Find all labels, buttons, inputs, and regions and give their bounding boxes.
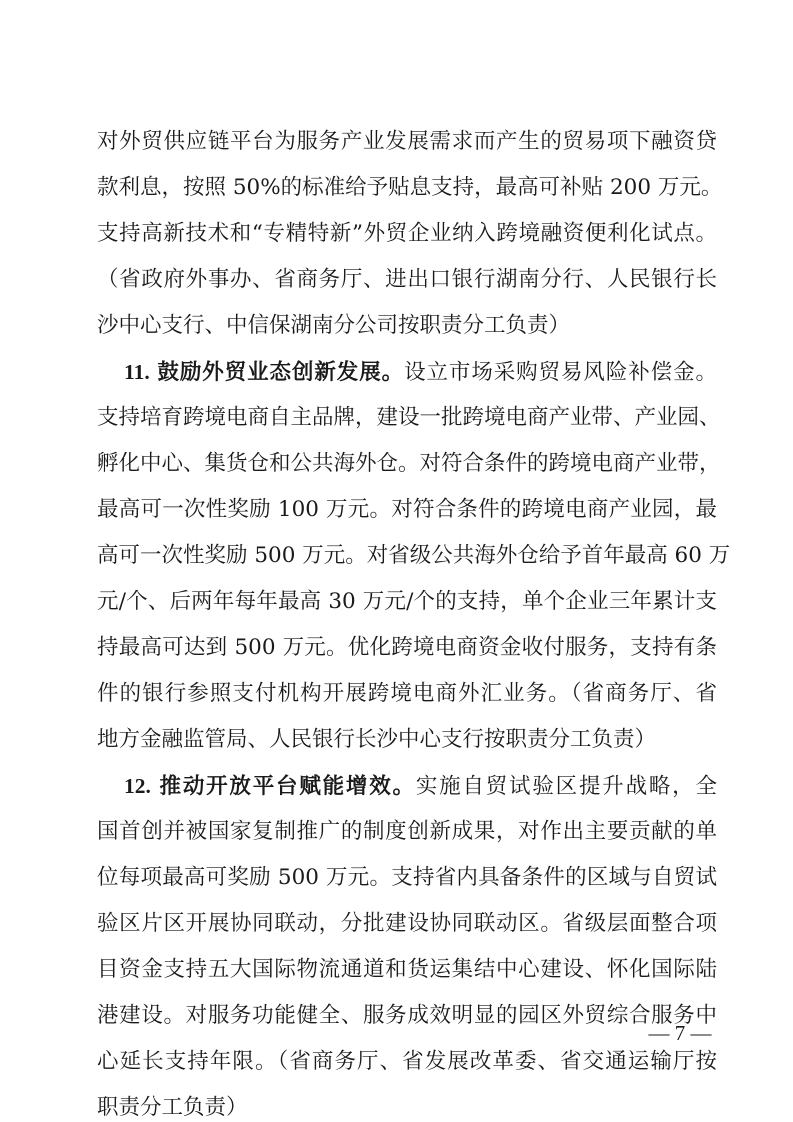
paragraph-line: 款利息，按照 50%的标准给予贴息支持，最高可补贴 200 万元。 <box>97 173 717 203</box>
paragraph-line: 对外贸供应链平台为服务产业发展需求而产生的贸易项下融资贷 <box>97 127 717 157</box>
section-number: 12. <box>124 774 151 798</box>
paragraph-line: 最高可一次性奖励 100 万元。对符合条件的跨境电商产业园，最 <box>97 495 717 525</box>
paragraph-line: （省政府外事办、省商务厅、进出口银行湖南分行、人民银行长 <box>97 265 717 295</box>
section-heading: 鼓励外贸业态创新发展。 <box>157 360 404 385</box>
paragraph-line: 位每项最高可奖励 500 万元。支持省内具备条件的区域与自贸试 <box>97 863 717 893</box>
section-11-first-line: 11. 鼓励外贸业态创新发展。设立市场采购贸易风险补偿金。 <box>124 357 717 387</box>
paragraph-line: 目资金支持五大国际物流通道和货运集结中心建设、怀化国际陆 <box>97 955 717 985</box>
paragraph-line: 国首创并被国家复制推广的制度创新成果，对作出主要贡献的单 <box>97 817 717 847</box>
section-12-first-line: 12. 推动开放平台赋能增效。实施自贸试验区提升战略，全 <box>124 771 717 801</box>
paragraph-line: 支持培育跨境电商自主品牌，建设一批跨境电商产业带、产业园、 <box>97 403 717 433</box>
paragraph-line: 元/个、后两年每年最高 30 万元/个的支持，单个企业三年累计支 <box>97 587 717 617</box>
paragraph-line: 孵化中心、集货仓和公共海外仓。对符合条件的跨境电商产业带， <box>97 449 717 479</box>
paragraph-line: 职责分工负责） <box>97 1093 717 1122</box>
section-number: 11. <box>124 360 150 384</box>
section-body-text: 实施自贸试验区提升战略，全 <box>416 774 717 799</box>
section-body-text: 设立市场采购贸易风险补偿金。 <box>404 360 717 385</box>
section-heading: 推动开放平台赋能增效。 <box>160 774 416 799</box>
paragraph-line: 心延长支持年限。（省商务厅、省发展改革委、省交通运输厅按 <box>97 1047 717 1077</box>
paragraph-line: 验区片区开展协同联动，分批建设协同联动区。省级层面整合项 <box>97 909 717 939</box>
paragraph-line: 地方金融监管局、人民银行长沙中心支行按职责分工负责） <box>97 725 717 755</box>
paragraph-line: 件的银行参照支付机构开展跨境电商外汇业务。（省商务厅、省 <box>97 679 717 709</box>
document-page: 对外贸供应链平台为服务产业发展需求而产生的贸易项下融资贷 款利息，按照 50%的… <box>0 0 793 1122</box>
paragraph-line: 持最高可达到 500 万元。优化跨境电商资金收付服务，支持有条 <box>97 633 717 663</box>
paragraph-line: 高可一次性奖励 500 万元。对省级公共海外仓给予首年最高 60 万 <box>97 541 717 571</box>
paragraph-line: 支持高新技术和“专精特新”外贸企业纳入跨境融资便利化试点。 <box>97 219 717 249</box>
paragraph-line: 沙中心支行、中信保湖南分公司按职责分工负责） <box>97 311 717 341</box>
page-number: — 7 — <box>640 1018 720 1048</box>
paragraph-line: 港建设。对服务功能健全、服务成效明显的园区外贸综合服务中 <box>97 1001 717 1031</box>
